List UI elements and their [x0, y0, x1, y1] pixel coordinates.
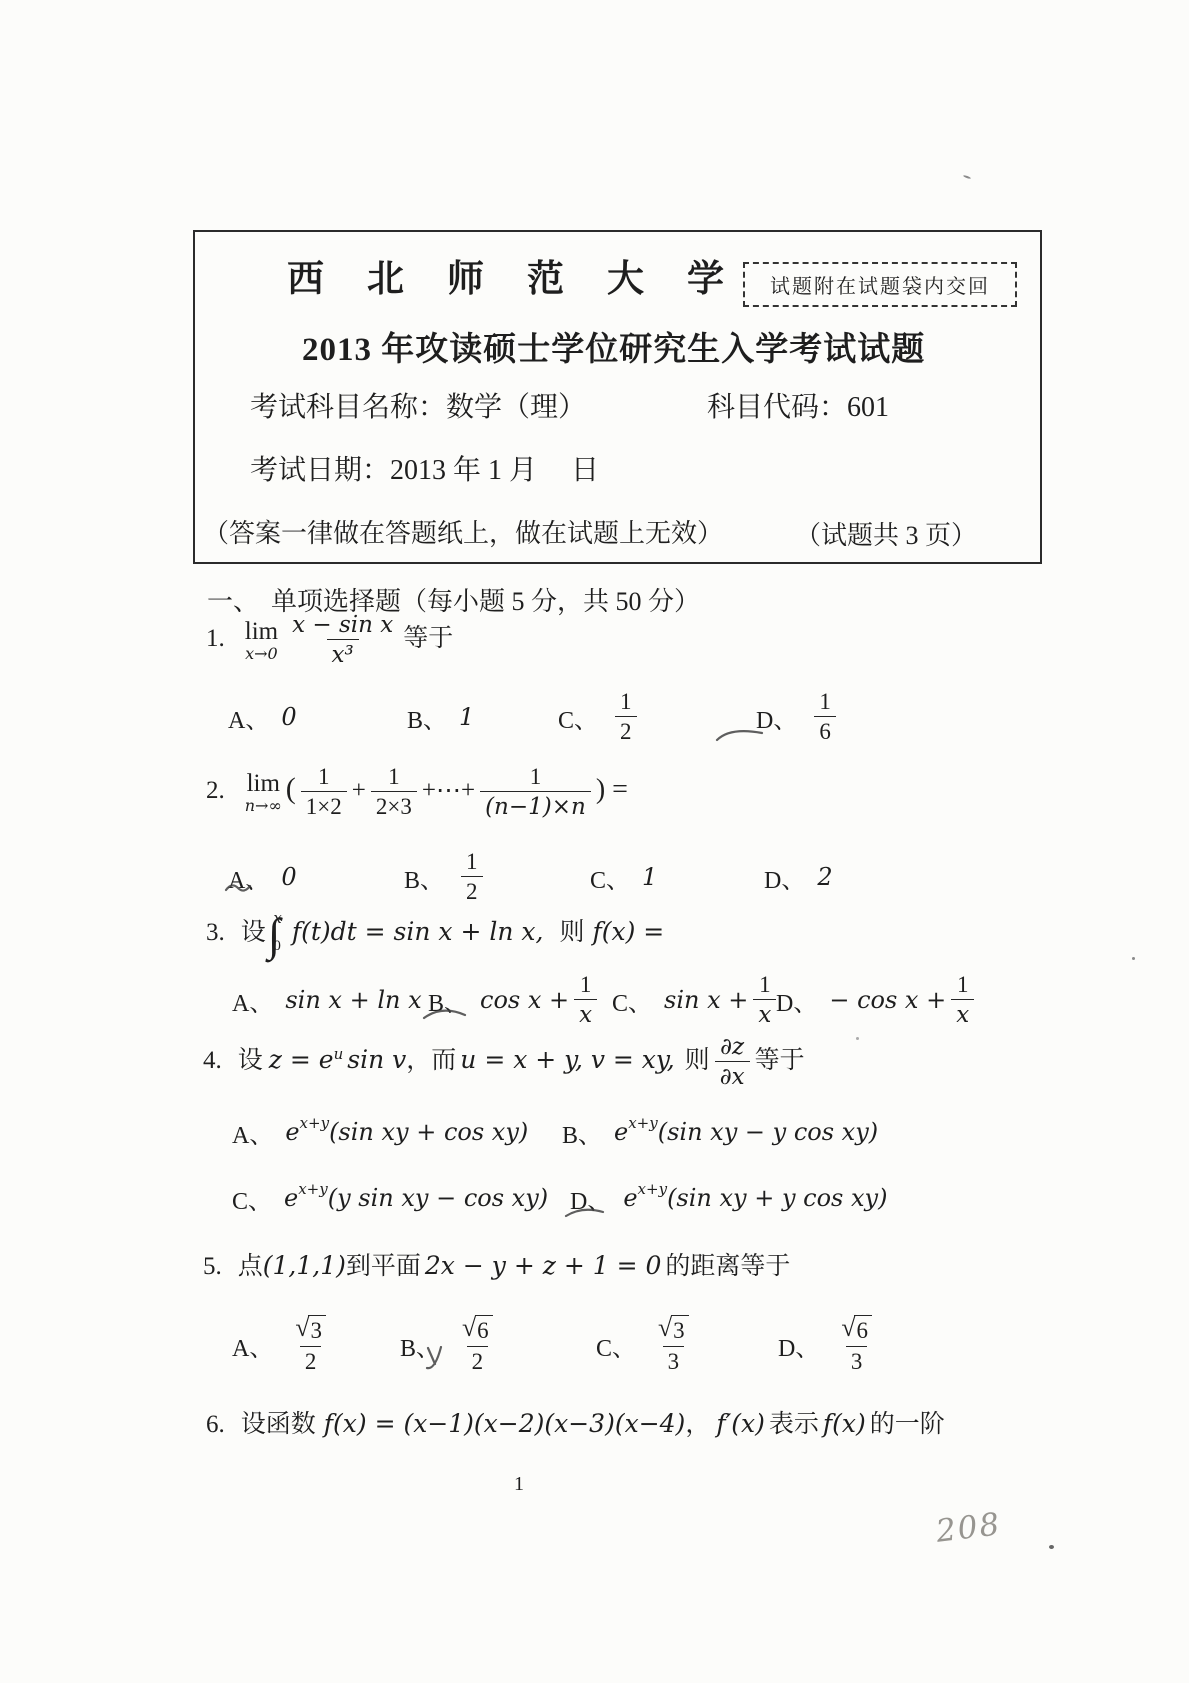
fraction: 1x [753, 972, 776, 1029]
q4-option-a: A、ex+y(sin xy + cos xy) [232, 1108, 528, 1156]
stem-math: f(t)dt = sin x + ln x, [292, 917, 544, 946]
university-name: 西北师范大学 [287, 248, 767, 302]
stem-math: f′(x) [716, 1409, 765, 1438]
exponent: x+y [298, 1180, 328, 1198]
q3-option-b: B、cos x +1x [428, 968, 602, 1032]
question-5-stem: 5.点(1,1,1)到平面2x − y + z + 1 = 0的距离等于 [203, 1246, 790, 1282]
stem-math: f(x) = [592, 917, 664, 946]
exam-header-box: 西北师范大学 试题附在试题袋内交回 2013 年攻读硕士学位研究生入学考试试题 … [193, 230, 1042, 564]
date-value: 2013 年 1 月 [390, 455, 537, 486]
code-label: 科目代码： [707, 392, 847, 423]
integral-lower-bound: 0 [273, 938, 281, 955]
stem-zh: 设 [238, 1047, 263, 1074]
stem-zh: 表示 [769, 1411, 819, 1438]
question-2-stem: 2.limn→∞(11×2+12×3+⋯+1(n−1)×n) = [206, 764, 628, 821]
page-count-note: （试题共 3 页） [795, 515, 977, 552]
q4-option-b: B、ex+y(sin xy − y cos xy) [562, 1108, 878, 1156]
partial-derivative: ∂z∂x [715, 1034, 750, 1091]
fraction: x − sin xx³ [287, 612, 398, 669]
stem-math: 2x − y + z + 1 = 0 [425, 1251, 661, 1280]
stem-math: sin v [347, 1045, 406, 1074]
scan-speck [1049, 1545, 1054, 1549]
square-root: √6 [462, 1315, 493, 1344]
q4-option-c: C、ex+y(y sin xy − cos xy) [232, 1174, 548, 1222]
fraction: √62 [457, 1315, 498, 1375]
question-number: 5. [203, 1253, 222, 1280]
subject-value: 数学（理） [446, 392, 586, 423]
q2-option-d: D、2 [764, 846, 833, 908]
question-number: 4. [203, 1047, 222, 1074]
fraction: 12 [461, 849, 483, 906]
question-number: 2. [206, 777, 225, 804]
question-number: 6. [206, 1411, 225, 1438]
q5-option-c: C、√33 [596, 1308, 699, 1382]
limit-operator: limx→0 [245, 619, 278, 662]
open-paren: ( [286, 772, 296, 805]
date-day-blank: 日 [571, 455, 599, 486]
stem-zh: 设 [241, 919, 266, 946]
scan-speck [1132, 957, 1135, 960]
square-root: √3 [658, 1315, 689, 1344]
question-number: 1. [206, 625, 225, 652]
exponent: u [334, 1045, 344, 1063]
subject-label: 考试科目名称： [250, 392, 446, 423]
q5-option-a: A、√32 [232, 1308, 336, 1382]
answer-sheet-note: （答案一律做在答题纸上，做在试题上无效） [203, 513, 723, 550]
fraction: 12×3 [371, 764, 417, 821]
fraction: 1x [574, 972, 597, 1029]
q2-option-c: C、1 [590, 846, 657, 908]
subject-row: 考试科目名称：数学（理） [250, 385, 586, 425]
date-row: 考试日期：2013 年 1 月日 [250, 448, 599, 488]
q1-option-d: D、16 [756, 686, 841, 748]
fraction: 1(n−1)×n [480, 764, 591, 821]
scan-speck [856, 1037, 859, 1040]
stem-math: f(x) [823, 1409, 866, 1438]
question-3-stem: 3.设∫x0f(t)dt = sin x + ln x,则f(x) = [206, 912, 664, 955]
question-6-stem: 6.设函数f(x) = (x−1)(x−2)(x−3)(x−4)，f′(x)表示… [206, 1404, 945, 1440]
square-root: √6 [841, 1315, 872, 1344]
fraction: √33 [653, 1315, 694, 1375]
q5-option-b: B、√62 [400, 1308, 503, 1382]
fraction: 1x [951, 972, 974, 1029]
stem-math: (1,1,1) [263, 1251, 346, 1280]
stem-zh: 点 [238, 1253, 263, 1280]
return-notice-text: 试题附在试题袋内交回 [770, 270, 990, 299]
scanned-exam-page: 西北师范大学 试题附在试题袋内交回 2013 年攻读硕士学位研究生入学考试试题 … [0, 0, 1189, 1683]
q2-option-a: A、0 [228, 846, 297, 908]
stem-zh: ， [685, 1411, 710, 1438]
exponent: x+y [628, 1114, 658, 1132]
stem-zh: ，而 [406, 1047, 456, 1074]
exam-title: 2013 年攻读硕士学位研究生入学考试试题 [302, 323, 925, 370]
q3-option-a: A、sin x + ln x [232, 968, 422, 1032]
stem-tail: 的距离等于 [665, 1253, 790, 1280]
q2-option-b: B、12 [404, 846, 488, 908]
fraction: 16 [814, 689, 836, 746]
q3-option-c: C、sin x +1x [612, 968, 781, 1032]
q1-option-c: C、12 [558, 686, 642, 748]
scan-speck [963, 175, 971, 180]
code-value: 601 [847, 392, 889, 423]
page-number: 1 [514, 1473, 524, 1496]
limit-operator: limn→∞ [245, 771, 282, 814]
q3-option-d: D、− cos x +1x [776, 968, 979, 1032]
handwritten-page-note: 208 [934, 1506, 1003, 1550]
code-row: 科目代码：601 [707, 385, 889, 425]
q1-option-a: A、0 [228, 686, 297, 748]
fraction: 12 [615, 689, 637, 746]
question-number: 3. [206, 919, 225, 946]
square-root: √3 [295, 1315, 326, 1344]
integral-operator: ∫x0 [268, 913, 290, 955]
date-label: 考试日期： [250, 455, 390, 486]
q4-option-d: D、ex+y(sin xy + y cos xy) [570, 1174, 887, 1222]
exponent: x+y [300, 1114, 330, 1132]
close-paren-equals: ) = [596, 774, 628, 805]
integral-upper-bound: x [273, 909, 281, 927]
fraction: √63 [836, 1315, 877, 1375]
fraction: 11×2 [301, 764, 347, 821]
stem-math: f(x) = (x−1)(x−2)(x−3)(x−4) [324, 1409, 686, 1438]
stem-zh: 到平面 [346, 1253, 421, 1280]
plus-sign: + [352, 777, 366, 804]
fraction: √32 [290, 1315, 331, 1375]
return-notice-box: 试题附在试题袋内交回 [743, 262, 1017, 307]
exponent: x+y [638, 1180, 668, 1198]
stem-zh: 则 [685, 1047, 710, 1074]
question-1-stem: 1.limx→0x − sin xx³等于 [206, 612, 453, 669]
stem-tail: 等于 [403, 625, 453, 652]
q5-option-d: D、√63 [778, 1308, 882, 1382]
stem-zh: 则 [559, 919, 584, 946]
stem-zh: 设函数 [241, 1411, 316, 1438]
stem-zh: 的一阶 [870, 1411, 945, 1438]
ellipsis-terms: +⋯+ [422, 777, 475, 804]
stem-math: u = x + y, v = xy, [460, 1045, 674, 1074]
q1-option-b: B、1 [407, 686, 474, 748]
question-4-stem: 4.设z = eusin v，而u = x + y, v = xy,则∂z∂x等… [203, 1034, 805, 1091]
stem-math: z = e [269, 1045, 334, 1074]
stem-tail: 等于 [755, 1047, 805, 1074]
